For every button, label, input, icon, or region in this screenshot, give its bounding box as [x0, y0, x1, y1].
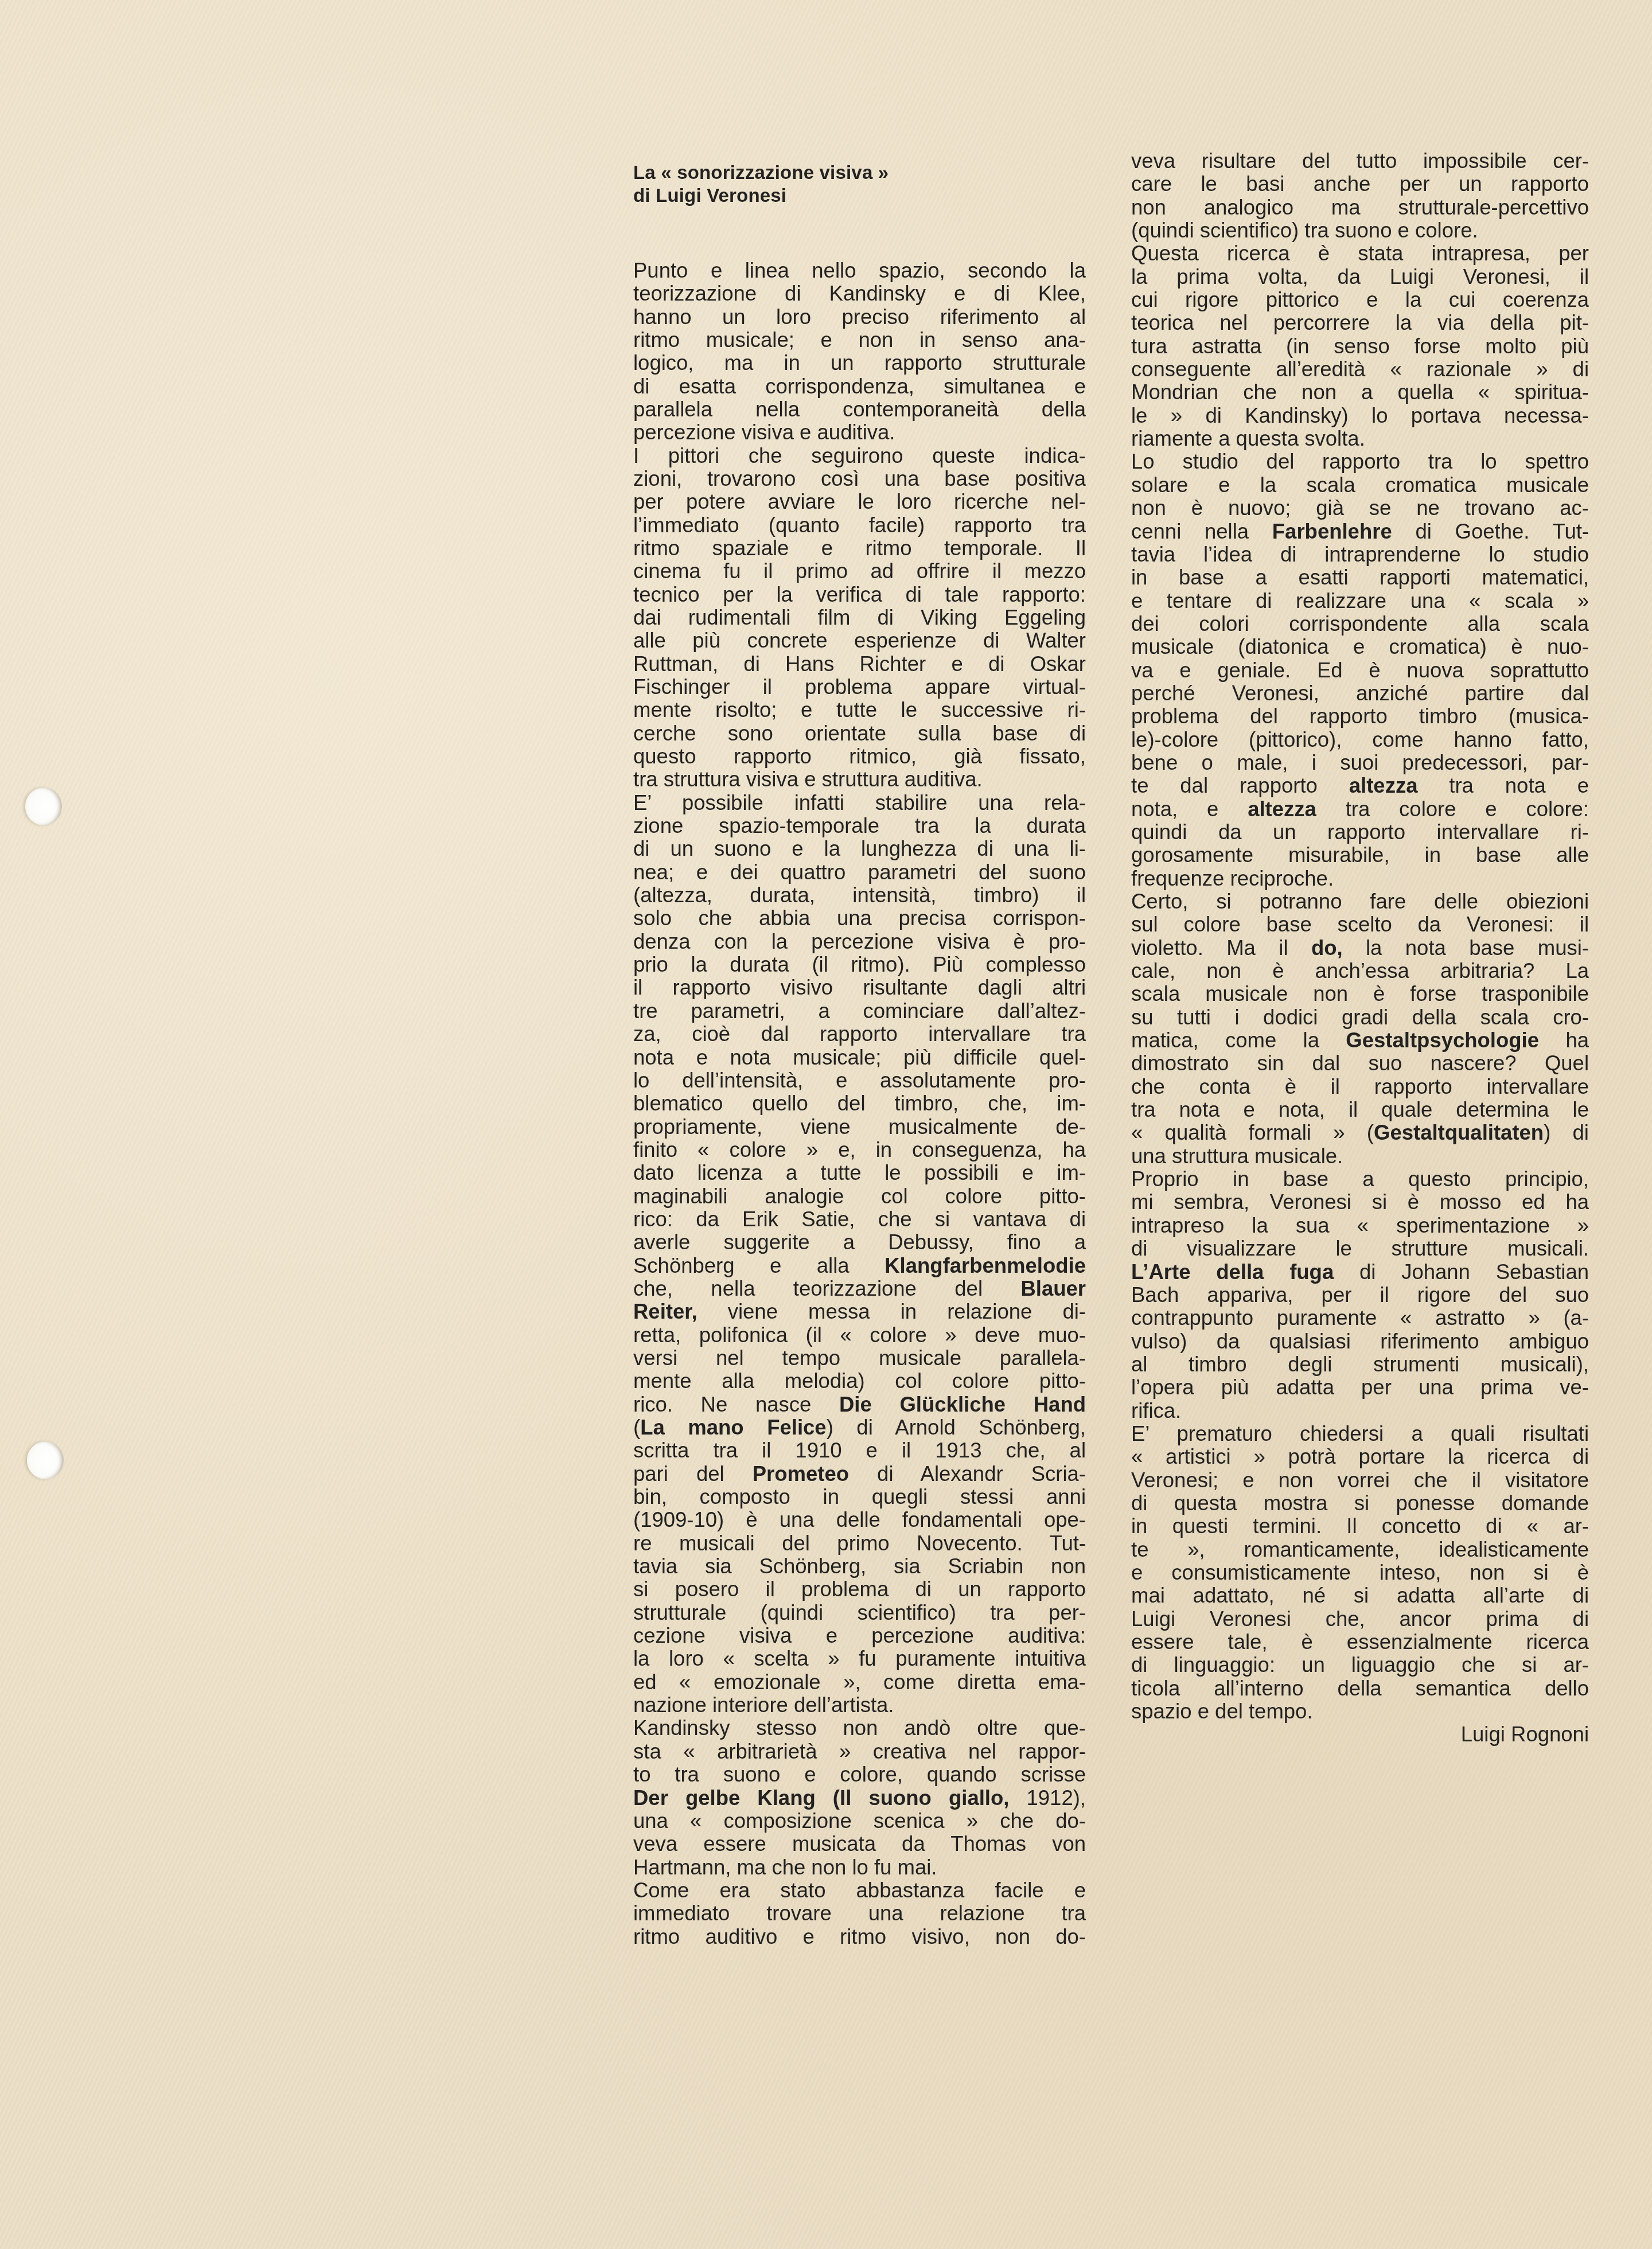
- text-line: la prima volta, da Luigi Veronesi, il: [1131, 266, 1589, 289]
- text-line: bin, composto in quegli stessi anni: [633, 1486, 1086, 1509]
- text-line: va e geniale. Ed è nuova soprattutto: [1131, 659, 1589, 682]
- bold-title: Der gelbe Klang (Il suono giallo,: [633, 1786, 1009, 1810]
- author-signature: Luigi Rognoni: [1131, 1723, 1589, 1746]
- text-line: I pittori che seguirono queste indica-: [633, 445, 1086, 467]
- text-line: per potere avviare le loro ricerche nel-: [633, 490, 1086, 513]
- text-line: nazione interiore dell’artista.: [633, 1694, 1086, 1717]
- text-line: immediato trovare una relazione tra: [633, 1902, 1086, 1925]
- text-line: questo rapporto ritmico, già fissato,: [633, 745, 1086, 768]
- text-line: di visualizzare le strutture musicali.: [1131, 1237, 1589, 1260]
- text-line: una struttura musicale.: [1131, 1145, 1589, 1168]
- text-line: che conta è il rapporto intervallare: [1131, 1075, 1589, 1098]
- text-line: solo che abbia una precisa corrispon-: [633, 907, 1086, 930]
- bold-title: do,: [1311, 936, 1343, 960]
- article-title: La « sonorizzazione visiva » di Luigi Ve…: [633, 161, 1072, 208]
- text-line: tra nota e nota, il quale determina le: [1131, 1098, 1589, 1121]
- text-line: gorosamente misurabile, in base alle: [1131, 844, 1589, 867]
- text-line: Mondrian che non a quella « spiritua-: [1131, 381, 1589, 404]
- text-line: di linguaggio: un liguaggio che si ar-: [1131, 1654, 1589, 1677]
- title-line-1: La « sonorizzazione visiva »: [633, 161, 1072, 184]
- bold-title: Gestaltpsychologie: [1346, 1028, 1539, 1052]
- bold-title: Reiter,: [633, 1300, 698, 1323]
- binder-hole-top: [25, 788, 62, 825]
- text-line: conseguente all’eredità « razionale » di: [1131, 358, 1589, 381]
- bold-title: Farbenlehre: [1272, 520, 1392, 543]
- text-line: rico. Ne nasce Die Glückliche Hand: [633, 1393, 1086, 1416]
- text-line: spazio e del tempo.: [1131, 1700, 1589, 1723]
- text-line: re musicali del primo Novecento. Tut-: [633, 1532, 1086, 1555]
- text-line: le)-colore (pittorico), come hanno fatto…: [1131, 728, 1589, 751]
- right-column: veva risultare del tutto impossibile cer…: [1131, 150, 1589, 1747]
- text-line: teorica nel percorrere la via della pit-: [1131, 311, 1589, 334]
- text-line: Lo studio del rapporto tra lo spettro: [1131, 450, 1589, 473]
- text-line: Bach appariva, per il rigore del suo: [1131, 1284, 1589, 1307]
- text-line: quindi da un rapporto intervallare ri-: [1131, 821, 1589, 844]
- text-line: prio la durata (il ritmo). Più complesso: [633, 953, 1086, 976]
- text-line: versi nel tempo musicale parallela-: [633, 1347, 1086, 1370]
- text-line: (quindi scientifico) tra suono e colore.: [1131, 219, 1589, 242]
- text-line: scala musicale non è forse trasponibile: [1131, 983, 1589, 1005]
- text-line: riamente a questa svolta.: [1131, 427, 1589, 450]
- text-line: Certo, si potranno fare delle obiezioni: [1131, 890, 1589, 913]
- text-line: denza con la percezione visiva è pro-: [633, 930, 1086, 953]
- text-line: za, cioè dal rapporto intervallare tra: [633, 1023, 1086, 1046]
- text-line: (1909-10) è una delle fondamentali ope-: [633, 1509, 1086, 1531]
- text-line: ritmo musicale; e non in senso ana-: [633, 329, 1086, 352]
- text-line: mai adattato, né si adatta all’arte di: [1131, 1584, 1589, 1607]
- text-line: alle più concrete esperienze di Walter: [633, 629, 1086, 652]
- text-line: veva essere musicata da Thomas von: [633, 1833, 1086, 1856]
- text-line: sul colore base scelto da Veronesi: il: [1131, 913, 1589, 936]
- text-line: Veronesi; e non vorrei che il visitatore: [1131, 1469, 1589, 1492]
- text-line: in questi termini. Il concetto di « ar-: [1131, 1515, 1589, 1538]
- text-line: dato licenza a tutte le possibili e im-: [633, 1161, 1086, 1184]
- text-line: bene o male, i suoi predecessori, par-: [1131, 751, 1589, 774]
- text-line: il rapporto visivo risultante dagli altr…: [633, 976, 1086, 999]
- text-line: cinema fu il primo ad offrire il mezzo: [633, 560, 1086, 583]
- text-line: ed « emozionale », come diretta ema-: [633, 1671, 1086, 1694]
- text-line: essere tale, è essenzialmente ricerca: [1131, 1631, 1589, 1654]
- text-line: dai rudimentali film di Viking Eggeling: [633, 606, 1086, 629]
- text-line: Luigi Veronesi che, ancor prima di: [1131, 1608, 1589, 1631]
- text-line: perché Veronesi, anziché partire dal: [1131, 682, 1589, 705]
- text-line: nota, e altezza tra colore e colore:: [1131, 798, 1589, 821]
- text-line: Questa ricerca è stata intrapresa, per: [1131, 242, 1589, 265]
- text-line: strutturale (quindi scientifico) tra per…: [633, 1601, 1086, 1624]
- text-line: te dal rapporto altezza tra nota e: [1131, 774, 1589, 797]
- text-line: su tutti i dodici gradi della scala cro-: [1131, 1006, 1589, 1029]
- title-line-2: di Luigi Veronesi: [633, 184, 1072, 207]
- text-line: intrapreso la sua « sperimentazione »: [1131, 1214, 1589, 1237]
- bold-title: Blauer: [1020, 1277, 1086, 1300]
- text-line: in base a esatti rapporti matematici,: [1131, 566, 1589, 589]
- text-line: problema del rapporto timbro (musica-: [1131, 705, 1589, 728]
- text-line: sta « arbitrarietà » creativa nel rappor…: [633, 1740, 1086, 1763]
- text-line: averle suggerite a Debussy, fino a: [633, 1231, 1086, 1254]
- text-line: teorizzazione di Kandinsky e di Klee,: [633, 282, 1086, 305]
- text-line: care le basi anche per un rapporto: [1131, 173, 1589, 196]
- text-line: cenni nella Farbenlehre di Goethe. Tut-: [1131, 520, 1589, 543]
- text-line: mi sembra, Veronesi si è mosso ed ha: [1131, 1191, 1589, 1214]
- text-line: di esatta corrispondenza, simultanea e: [633, 375, 1086, 398]
- text-line: si posero il problema di un rapporto: [633, 1578, 1086, 1601]
- text-line: ticola all’interno della semantica dello: [1131, 1677, 1589, 1700]
- text-line: Ruttman, di Hans Richter e di Oskar: [633, 653, 1086, 676]
- text-line: Hartmann, ma che non lo fu mai.: [633, 1856, 1086, 1879]
- bold-title: Gestaltqualitaten: [1374, 1121, 1544, 1144]
- text-line: la loro « scelta » fu puramente intuitiv…: [633, 1647, 1086, 1670]
- text-line: propriamente, viene musicalmente de-: [633, 1116, 1086, 1139]
- text-line: « artistici » potrà portare la ricerca d…: [1131, 1445, 1589, 1468]
- text-line: tura astratta (in senso forse molto più: [1131, 335, 1589, 358]
- text-line: pari del Prometeo di Alexandr Scria-: [633, 1463, 1086, 1486]
- text-line: finito « colore » e, in conseguenza, ha: [633, 1139, 1086, 1161]
- text-line: E’ prematuro chiedersi a quali risultati: [1131, 1422, 1589, 1445]
- bold-title: altezza: [1248, 797, 1316, 821]
- text-line: Punto e linea nello spazio, secondo la: [633, 259, 1086, 282]
- text-line: tra struttura visiva e struttura auditiv…: [633, 768, 1086, 791]
- text-line: maginabili analogie col colore pitto-: [633, 1185, 1086, 1208]
- binder-hole-bottom: [27, 1441, 64, 1479]
- text-line: cale, non è anch’essa arbitraria? La: [1131, 960, 1589, 983]
- left-column: La « sonorizzazione visiva » di Luigi Ve…: [633, 161, 1086, 1948]
- text-line: di questa mostra si ponesse domande: [1131, 1492, 1589, 1515]
- text-line: musicale (diatonica e cromatica) è nuo-: [1131, 636, 1589, 658]
- text-line: (altezza, durata, intensità, timbro) il: [633, 884, 1086, 907]
- text-line: ritmo spaziale e ritmo temporale. Il: [633, 537, 1086, 560]
- bold-title: Prometeo: [753, 1462, 849, 1486]
- bold-title: Klangfarbenmelodie: [885, 1254, 1086, 1277]
- text-line: che, nella teorizzazione del Blauer: [633, 1277, 1086, 1300]
- text-line: non è nuovo; già se ne trovano ac-: [1131, 497, 1589, 520]
- text-line: e tentare di realizzare una « scala »: [1131, 590, 1589, 613]
- text-line: tavia l’idea di intraprenderne lo studio: [1131, 543, 1589, 566]
- text-line: tecnico per la verifica di tale rapporto…: [633, 583, 1086, 606]
- text-line: l’opera più adatta per una prima ve-: [1131, 1376, 1589, 1399]
- text-line: parallela nella contemporaneità della: [633, 398, 1086, 421]
- text-line: scritta tra il 1910 e il 1913 che, al: [633, 1439, 1086, 1462]
- text-line: dei colori corrispondente alla scala: [1131, 613, 1589, 636]
- text-line: contrappunto puramente « astratto » (a-: [1131, 1307, 1589, 1330]
- text-line: L’Arte della fuga di Johann Sebastian: [1131, 1261, 1589, 1284]
- text-line: una « composizione scenica » che do-: [633, 1810, 1086, 1833]
- text-line: Kandinsky stesso non andò oltre que-: [633, 1717, 1086, 1740]
- text-line: rifica.: [1131, 1400, 1589, 1422]
- text-line: dimostrato sin dal suo nascere? Quel: [1131, 1052, 1589, 1075]
- text-line: le » di Kandinsky) lo portava necessa-: [1131, 404, 1589, 427]
- text-line: to tra suono e colore, quando scrisse: [633, 1763, 1086, 1786]
- text-line: ritmo auditivo e ritmo visivo, non do-: [633, 1926, 1086, 1948]
- text-line: Proprio in base a questo principio,: [1131, 1168, 1589, 1191]
- left-column-body: Punto e linea nello spazio, secondo late…: [633, 259, 1086, 1948]
- text-line: lo dell’intensità, e assolutamente pro-: [633, 1069, 1086, 1092]
- text-line: frequenze reciproche.: [1131, 867, 1589, 890]
- text-line: di un suono e la lunghezza di una li-: [633, 837, 1086, 860]
- text-line: nea; e dei quattro parametri del suono: [633, 861, 1086, 884]
- text-line: cezione visiva e percezione auditiva:: [633, 1624, 1086, 1647]
- bold-title: altezza: [1349, 774, 1418, 797]
- text-line: cerche sono orientate sulla base di: [633, 722, 1086, 745]
- text-line: Der gelbe Klang (Il suono giallo, 1912),: [633, 1787, 1086, 1810]
- text-line: Fischinger il problema appare virtual-: [633, 676, 1086, 699]
- text-line: l’immediato (quanto facile) rapporto tra: [633, 514, 1086, 537]
- bold-title: Die Glückliche Hand: [839, 1393, 1086, 1416]
- text-line: e consumisticamente inteso, non si è: [1131, 1561, 1589, 1584]
- text-line: al timbro degli strumenti musicali),: [1131, 1353, 1589, 1376]
- text-line: hanno un loro preciso riferimento al: [633, 306, 1086, 329]
- text-line: mente alla melodia) col colore pitto-: [633, 1370, 1086, 1393]
- text-line: percezione visiva e auditiva.: [633, 421, 1086, 444]
- bold-title: La mano Felice: [640, 1416, 827, 1439]
- bold-title: L’Arte della fuga: [1131, 1260, 1334, 1284]
- text-line: rico: da Erik Satie, che si vantava di: [633, 1208, 1086, 1231]
- text-line: solare e la scala cromatica musicale: [1131, 474, 1589, 497]
- text-line: « qualità formali » (Gestaltqualitaten) …: [1131, 1121, 1589, 1144]
- text-line: Come era stato abbastanza facile e: [633, 1879, 1086, 1902]
- right-column-body: veva risultare del tutto impossibile cer…: [1131, 150, 1589, 1723]
- text-line: te », romanticamente, idealisticamente: [1131, 1538, 1589, 1561]
- text-line: logico, ma in un rapporto strutturale: [633, 352, 1086, 375]
- text-line: veva risultare del tutto impossibile cer…: [1131, 150, 1589, 173]
- text-line: cui rigore pittorico e la cui coerenza: [1131, 289, 1589, 311]
- text-line: Schönberg e alla Klangfarbenmelodie: [633, 1254, 1086, 1277]
- text-line: matica, come la Gestaltpsychologie ha: [1131, 1029, 1589, 1052]
- text-line: zione spazio-temporale tra la durata: [633, 814, 1086, 837]
- text-line: tre parametri, a cominciare dall’altez-: [633, 1000, 1086, 1023]
- text-line: (La mano Felice) di Arnold Schönberg,: [633, 1416, 1086, 1439]
- text-line: vulso) da qualsiasi riferimento ambiguo: [1131, 1330, 1589, 1353]
- text-line: nota e nota musicale; più difficile quel…: [633, 1046, 1086, 1069]
- text-line: retta, polifonica (il « colore » deve mu…: [633, 1324, 1086, 1347]
- text-line: E’ possibile infatti stabilire una rela-: [633, 792, 1086, 814]
- text-line: zioni, trovarono così una base positiva: [633, 467, 1086, 490]
- text-line: violetto. Ma il do, la nota base musi-: [1131, 937, 1589, 960]
- text-line: blematico quello del timbro, che, im-: [633, 1092, 1086, 1115]
- text-line: non analogico ma strutturale-percettivo: [1131, 196, 1589, 219]
- text-line: mente risolto; e tutte le successive ri-: [633, 699, 1086, 722]
- text-line: tavia sia Schönberg, sia Scriabin non: [633, 1555, 1086, 1578]
- text-line: Reiter, viene messa in relazione di-: [633, 1300, 1086, 1323]
